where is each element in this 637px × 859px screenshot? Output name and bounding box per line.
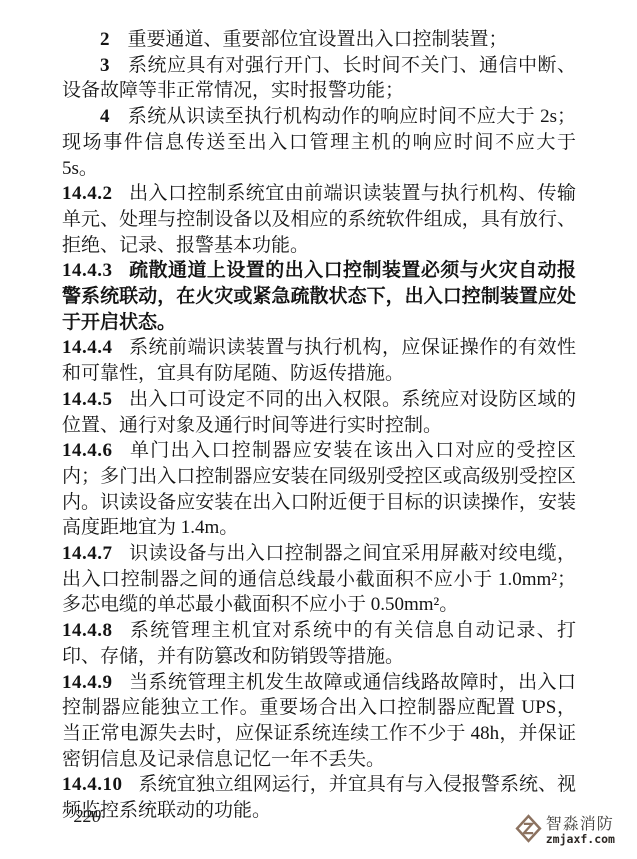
- watermark: 智淼消防 zmjaxf.com: [515, 814, 615, 848]
- clause-number: 14.4.9: [62, 672, 113, 693]
- clause-14-4-9: 14.4.9当系统管理主机发生故障或通信线路故障时，出入口控制器应能独立工作。重…: [62, 670, 576, 773]
- list-item-text: 重要通道、重要部位宜设置出入口控制装置；: [128, 29, 508, 50]
- page-number: 220: [74, 806, 101, 827]
- clause-text: 当系统管理主机发生故障或通信线路故障时，出入口控制器应能独立工作。重要场合出入口…: [62, 672, 576, 770]
- clause-number: 14.4.10: [62, 774, 123, 795]
- clause-number: 14.4.2: [62, 183, 113, 204]
- clause-text: 系统前端识读装置与执行机构，应保证操作的有效性和可靠性，宜具有防尾随、防返传措施…: [62, 337, 576, 384]
- list-item-3: 3系统应具有对强行开门、长时间不关门、通信中断、设备故障等非正常情况，实时报警功…: [62, 53, 576, 104]
- list-item-2: 2重要通道、重要部位宜设置出入口控制装置；: [62, 27, 576, 53]
- clause-14-4-5: 14.4.5出入口可设定不同的出入权限。系统应对设防区域的位置、通行对象及通行时…: [62, 387, 576, 438]
- clause-number: 14.4.8: [62, 620, 113, 641]
- clause-14-4-2: 14.4.2出入口控制系统宜由前端识读装置与执行机构、传输单元、处理与控制设备以…: [62, 181, 576, 258]
- list-item-4: 4系统从识读至执行机构动作的响应时间不应大于 2s；现场事件信息传送至出入口管理…: [62, 104, 576, 181]
- clause-14-4-3: 14.4.3疏散通道上设置的出入口控制装置必须与火灾自动报警系统联动，在火灾或紧…: [62, 258, 576, 335]
- clause-text: 出入口可设定不同的出入权限。系统应对设防区域的位置、通行对象及通行时间等进行实时…: [62, 389, 576, 436]
- clause-text: 系统管理主机宜对系统中的有关信息自动记录、打印、存储，并有防篡改和防销毁等措施。: [62, 620, 576, 667]
- clause-number: 14.4.6: [62, 440, 113, 461]
- clause-text: 单门出入口控制器应安装在该出入口对应的受控区内；多门出入口控制器应安装在同级别受…: [62, 440, 576, 538]
- clause-number: 14.4.3: [62, 260, 113, 281]
- watermark-brand: 智淼消防: [546, 817, 615, 834]
- list-item-number: 3: [100, 55, 110, 76]
- clause-number: 14.4.4: [62, 337, 113, 358]
- watermark-site: zmjaxf.com: [546, 833, 615, 845]
- list-item-number: 2: [100, 29, 110, 50]
- watermark-logo-icon: [515, 814, 542, 848]
- clause-text: 出入口控制系统宜由前端识读装置与执行机构、传输单元、处理与控制设备以及相应的系统…: [62, 183, 576, 255]
- clause-text: 识读设备与出入口控制器之间宜采用屏蔽对绞电缆，出入口控制器之间的通信总线最小截面…: [62, 543, 576, 615]
- clause-14-4-7: 14.4.7识读设备与出入口控制器之间宜采用屏蔽对绞电缆，出入口控制器之间的通信…: [62, 541, 576, 618]
- watermark-text: 智淼消防 zmjaxf.com: [546, 817, 615, 846]
- clause-number: 14.4.5: [62, 389, 113, 410]
- clause-14-4-4: 14.4.4系统前端识读装置与执行机构，应保证操作的有效性和可靠性，宜具有防尾随…: [62, 335, 576, 386]
- clause-14-4-10: 14.4.10系统宜独立组网运行，并宜具有与入侵报警系统、视频监控系统联动的功能…: [62, 772, 576, 823]
- list-item-text: 系统应具有对强行开门、长时间不关门、通信中断、设备故障等非正常情况，实时报警功能…: [62, 55, 576, 102]
- document-body: 2重要通道、重要部位宜设置出入口控制装置； 3系统应具有对强行开门、长时间不关门…: [62, 27, 576, 824]
- clause-number: 14.4.7: [62, 543, 113, 564]
- clause-text: 疏散通道上设置的出入口控制装置必须与火灾自动报警系统联动，在火灾或紧急疏散状态下…: [62, 260, 576, 332]
- list-item-number: 4: [100, 106, 110, 127]
- clause-text: 系统宜独立组网运行，并宜具有与入侵报警系统、视频监控系统联动的功能。: [62, 774, 576, 821]
- clause-14-4-6: 14.4.6单门出入口控制器应安装在该出入口对应的受控区内；多门出入口控制器应安…: [62, 438, 576, 541]
- list-item-text: 系统从识读至执行机构动作的响应时间不应大于 2s；现场事件信息传送至出入口管理主…: [62, 106, 576, 178]
- document-page: 2重要通道、重要部位宜设置出入口控制装置； 3系统应具有对强行开门、长时间不关门…: [0, 0, 637, 859]
- clause-14-4-8: 14.4.8系统管理主机宜对系统中的有关信息自动记录、打印、存储，并有防篡改和防…: [62, 618, 576, 669]
